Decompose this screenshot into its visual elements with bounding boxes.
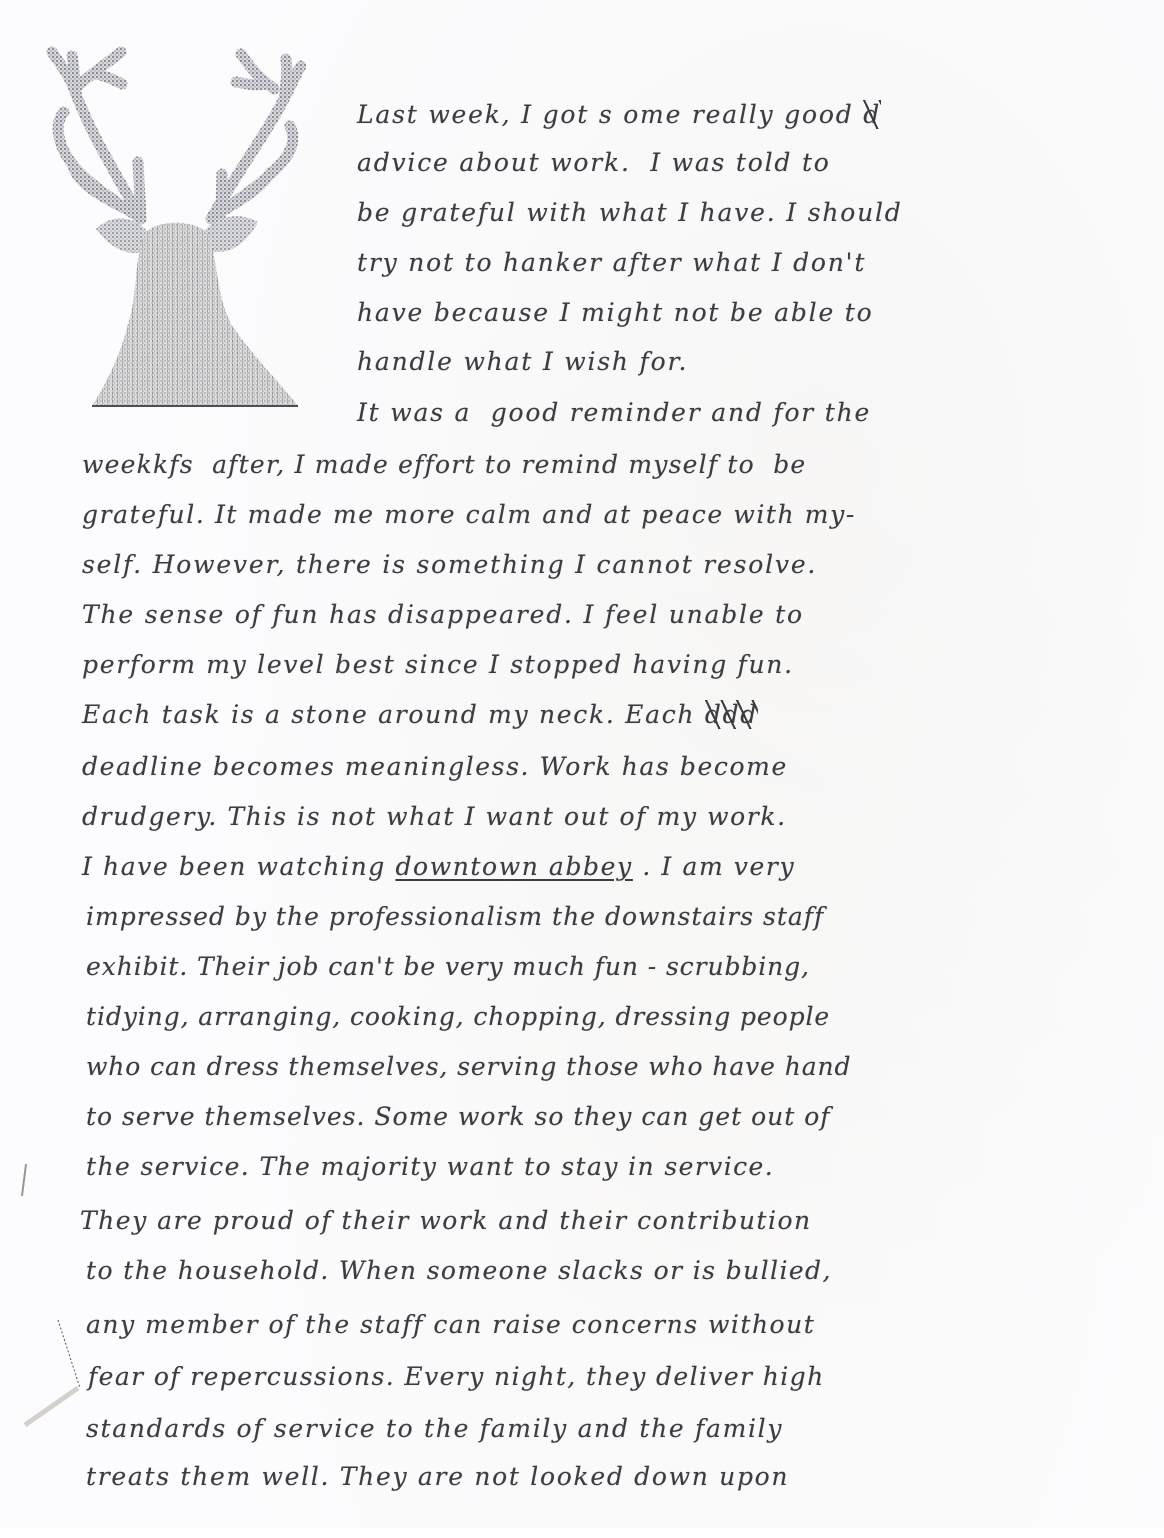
text-fragment: They are proud of their work and their c… xyxy=(80,1206,812,1235)
text-fragment: The sense of fun has disappeared. I feel… xyxy=(82,600,804,629)
text-fragment: to serve themselves. Some work so they c… xyxy=(86,1102,831,1131)
text-line: exhibit. Their job can't be very much fu… xyxy=(86,952,810,981)
text-line: to the household. When someone slacks or… xyxy=(86,1256,832,1285)
stag-head-illustration xyxy=(36,44,306,408)
text-line: drudgery. This is not what I want out of… xyxy=(82,802,787,831)
text-fragment: weekkfs after, I made effort to remind m… xyxy=(82,450,806,479)
paper-crease-mark xyxy=(0,1300,80,1460)
text-fragment: any member of the staff can raise concer… xyxy=(86,1310,815,1339)
text-fragment: standards of service to the family and t… xyxy=(86,1414,783,1443)
text-line: Each task is a stone around my neck. Eac… xyxy=(82,700,758,729)
text-line: Last week, I got s ome really good d xyxy=(357,100,881,129)
text-line: who can dress themselves, serving those … xyxy=(86,1052,851,1081)
text-line: I have been watching downtown abbey . I … xyxy=(82,852,795,881)
text-fragment: who can dress themselves, serving those … xyxy=(86,1052,851,1081)
text-fragment: fear of repercussions. Every night, they… xyxy=(88,1362,825,1391)
text-line: perform my level best since I stopped ha… xyxy=(82,650,794,679)
text-line: any member of the staff can raise concer… xyxy=(86,1310,815,1339)
text-fragment: self. However, there is something I cann… xyxy=(82,550,817,579)
text-line: self. However, there is something I cann… xyxy=(82,550,817,579)
text-fragment: exhibit. Their job can't be very much fu… xyxy=(86,952,810,981)
text-line: advice about work. I was told to xyxy=(357,148,831,177)
text-fragment: be grateful with what I have. I should xyxy=(357,198,903,227)
text-fragment: advice about work. I was told to xyxy=(357,148,831,177)
paper-corner-mark xyxy=(10,1160,40,1200)
text-fragment: handle what I wish for. xyxy=(357,347,688,376)
text-fragment: perform my level best since I stopped ha… xyxy=(82,650,794,679)
text-fragment: Last week, I got s ome really good xyxy=(357,100,863,129)
text-fragment: I have been watching xyxy=(82,852,395,881)
struck-out-characters: ddd xyxy=(705,700,758,729)
text-fragment: . I am very xyxy=(633,852,795,881)
text-line: be grateful with what I have. I should xyxy=(357,198,903,227)
text-line: impressed by the professionalism the dow… xyxy=(86,902,824,931)
text-line: have because I might not be able to xyxy=(357,298,874,327)
text-fragment: try not to hanker after what I don't xyxy=(357,248,866,277)
text-fragment: It was a good reminder and for the xyxy=(357,398,871,427)
text-fragment: have because I might not be able to xyxy=(357,298,874,327)
underlined-title: downtown abbey xyxy=(395,852,632,881)
text-fragment: to the household. When someone slacks or… xyxy=(86,1256,832,1285)
text-line: It was a good reminder and for the xyxy=(357,398,871,427)
text-fragment: impressed by the professionalism the dow… xyxy=(86,902,824,931)
text-line: fear of repercussions. Every night, they… xyxy=(88,1362,825,1391)
text-fragment: drudgery. This is not what I want out of… xyxy=(82,802,787,831)
text-line: standards of service to the family and t… xyxy=(86,1414,783,1443)
text-line: grateful. It made me more calm and at pe… xyxy=(82,500,856,529)
text-line: They are proud of their work and their c… xyxy=(80,1206,812,1235)
text-fragment: grateful. It made me more calm and at pe… xyxy=(82,500,856,529)
text-fragment: deadline becomes meaningless. Work has b… xyxy=(82,752,788,781)
text-line: deadline becomes meaningless. Work has b… xyxy=(82,752,788,781)
text-line: the service. The majority want to stay i… xyxy=(86,1152,774,1181)
text-fragment: tidying, arranging, cooking, chopping, d… xyxy=(86,1002,830,1031)
paper-page: Last week, I got s ome really good dadvi… xyxy=(0,0,1164,1528)
scan-margin xyxy=(0,1528,1164,1538)
text-line: weekkfs after, I made effort to remind m… xyxy=(82,450,806,479)
text-line: tidying, arranging, cooking, chopping, d… xyxy=(86,1002,830,1031)
struck-out-characters: d xyxy=(863,100,881,129)
text-fragment: treats them well. They are not looked do… xyxy=(86,1462,789,1491)
text-fragment: the service. The majority want to stay i… xyxy=(86,1152,774,1181)
text-line: try not to hanker after what I don't xyxy=(357,248,866,277)
text-line: treats them well. They are not looked do… xyxy=(86,1462,789,1491)
text-line: to serve themselves. Some work so they c… xyxy=(86,1102,831,1131)
text-fragment: Each task is a stone around my neck. Eac… xyxy=(82,700,705,729)
text-line: handle what I wish for. xyxy=(357,347,688,376)
text-line: The sense of fun has disappeared. I feel… xyxy=(82,600,804,629)
